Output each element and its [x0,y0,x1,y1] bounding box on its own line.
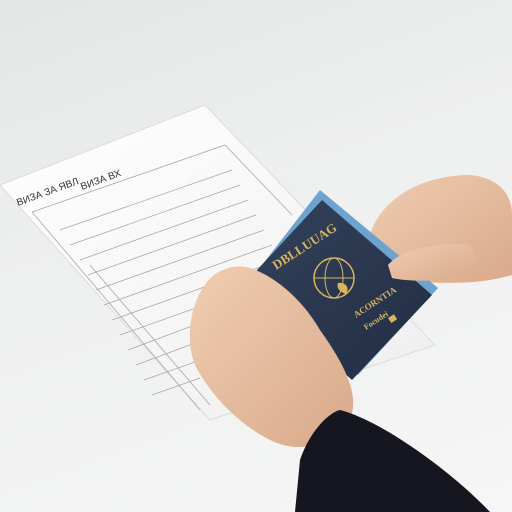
scene-illustration: ВИЗА ЗА ЯВЛ ВИЗА ВХ DBLLUUAG ACORNTIA Fo… [0,0,512,512]
photo-scene: ВИЗА ЗА ЯВЛ ВИЗА ВХ DBLLUUAG ACORNTIA Fo… [0,0,512,512]
jacket-sleeve [295,410,490,512]
